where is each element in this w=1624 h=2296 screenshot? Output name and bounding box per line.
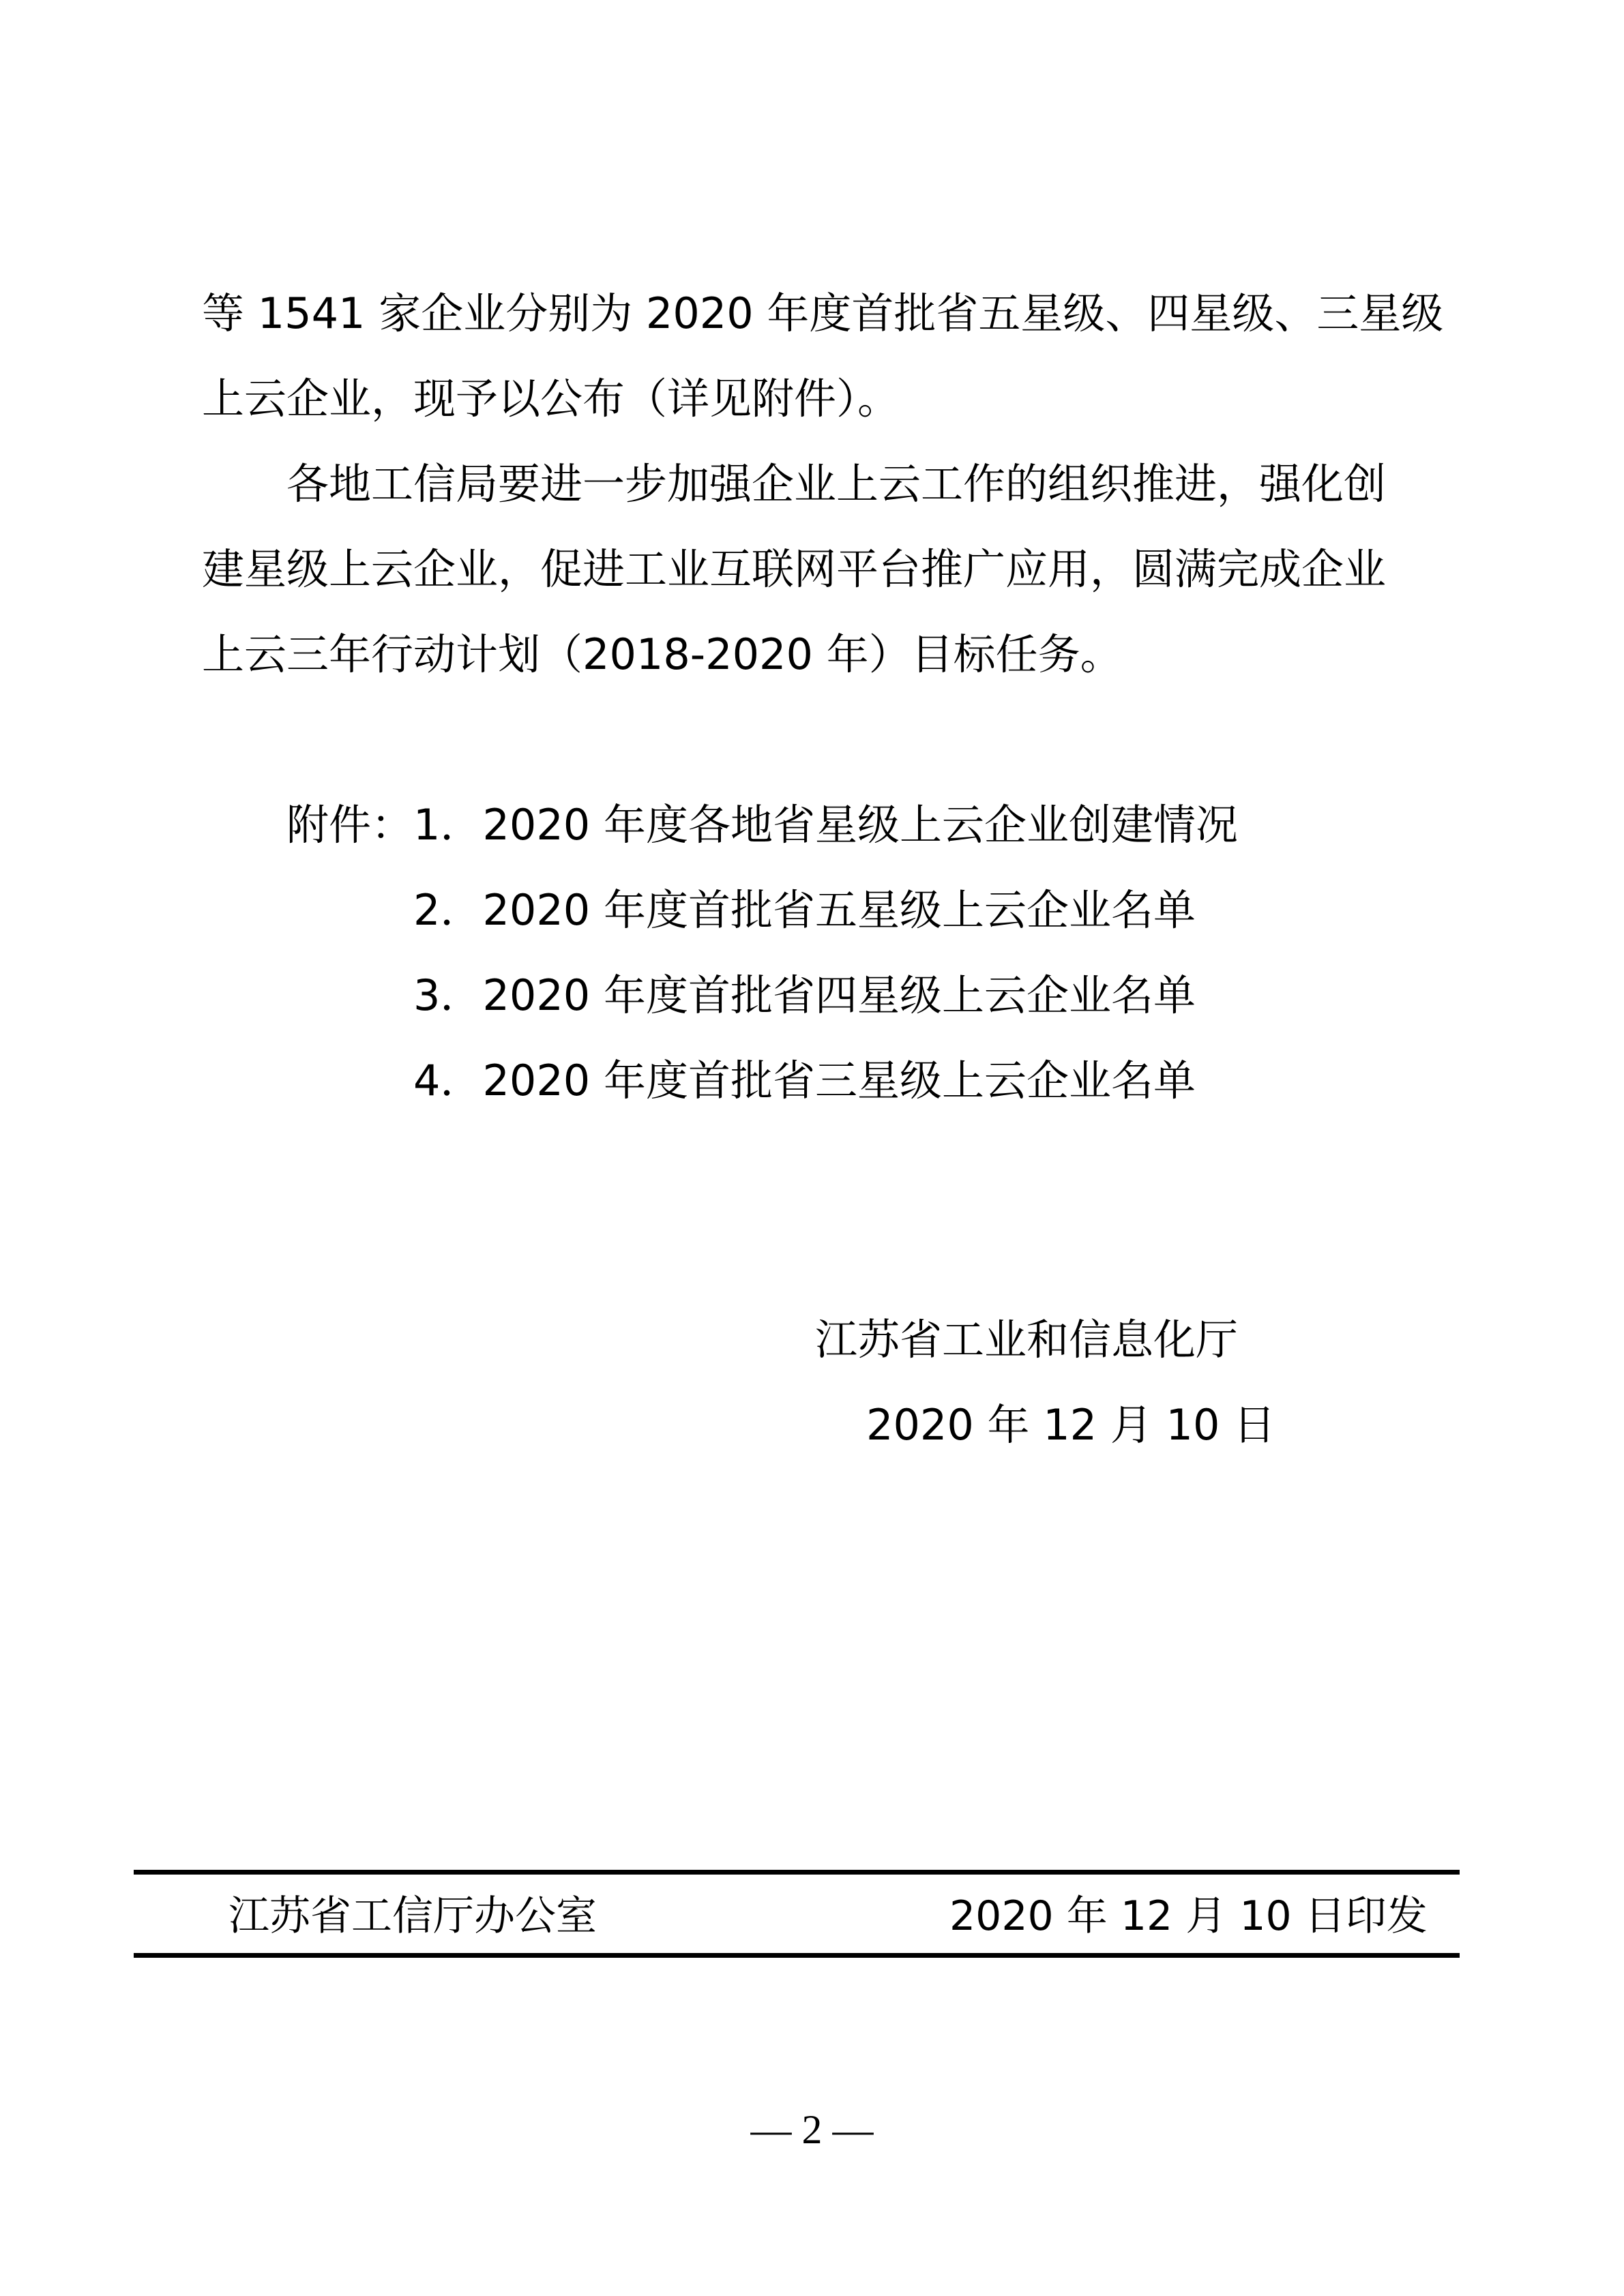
paragraph2-line2: 建星级上云企业，促进工业互联网平台推广应用，圆满完成企业 [202,542,1386,597]
page-number: — 2 — [0,2106,1624,2153]
attachment-item-3: 3．2020 年度首批省四星级上云企业名单 [413,968,1196,1023]
paragraph2-line1: 各地工信局要进一步加强企业上云工作的组织推进，强化创 [286,457,1386,511]
footer-print-date: 2020 年 12 月 10 日印发 [949,1889,1428,1943]
paragraph1-line2: 上云企业，现予以公布（详见附件）。 [202,372,900,426]
attachment-item-2: 2．2020 年度首批省五星级上云企业名单 [413,883,1196,938]
issue-date: 2020 年 12 月 10 日 [866,1398,1275,1452]
paragraph1-line1: 等 1541 家企业分别为 2020 年度首批省五星级、四星级、三星级 [202,286,1443,341]
footer-bottom-rule [134,1953,1460,1958]
paragraph2-line3: 上云三年行动计划（2018-2020 年）目标任务。 [202,627,1123,682]
issuer-name: 江苏省工业和信息化厅 [815,1313,1238,1367]
footer-office: 江苏省工信厅办公室 [228,1889,597,1943]
footer-top-rule [134,1870,1460,1875]
attachment-item-1: 1．2020 年度各地省星级上云企业创建情况 [413,798,1238,852]
attachment-item-4: 4．2020 年度首批省三星级上云企业名单 [413,1054,1196,1108]
attachments-label: 附件： [286,798,413,852]
